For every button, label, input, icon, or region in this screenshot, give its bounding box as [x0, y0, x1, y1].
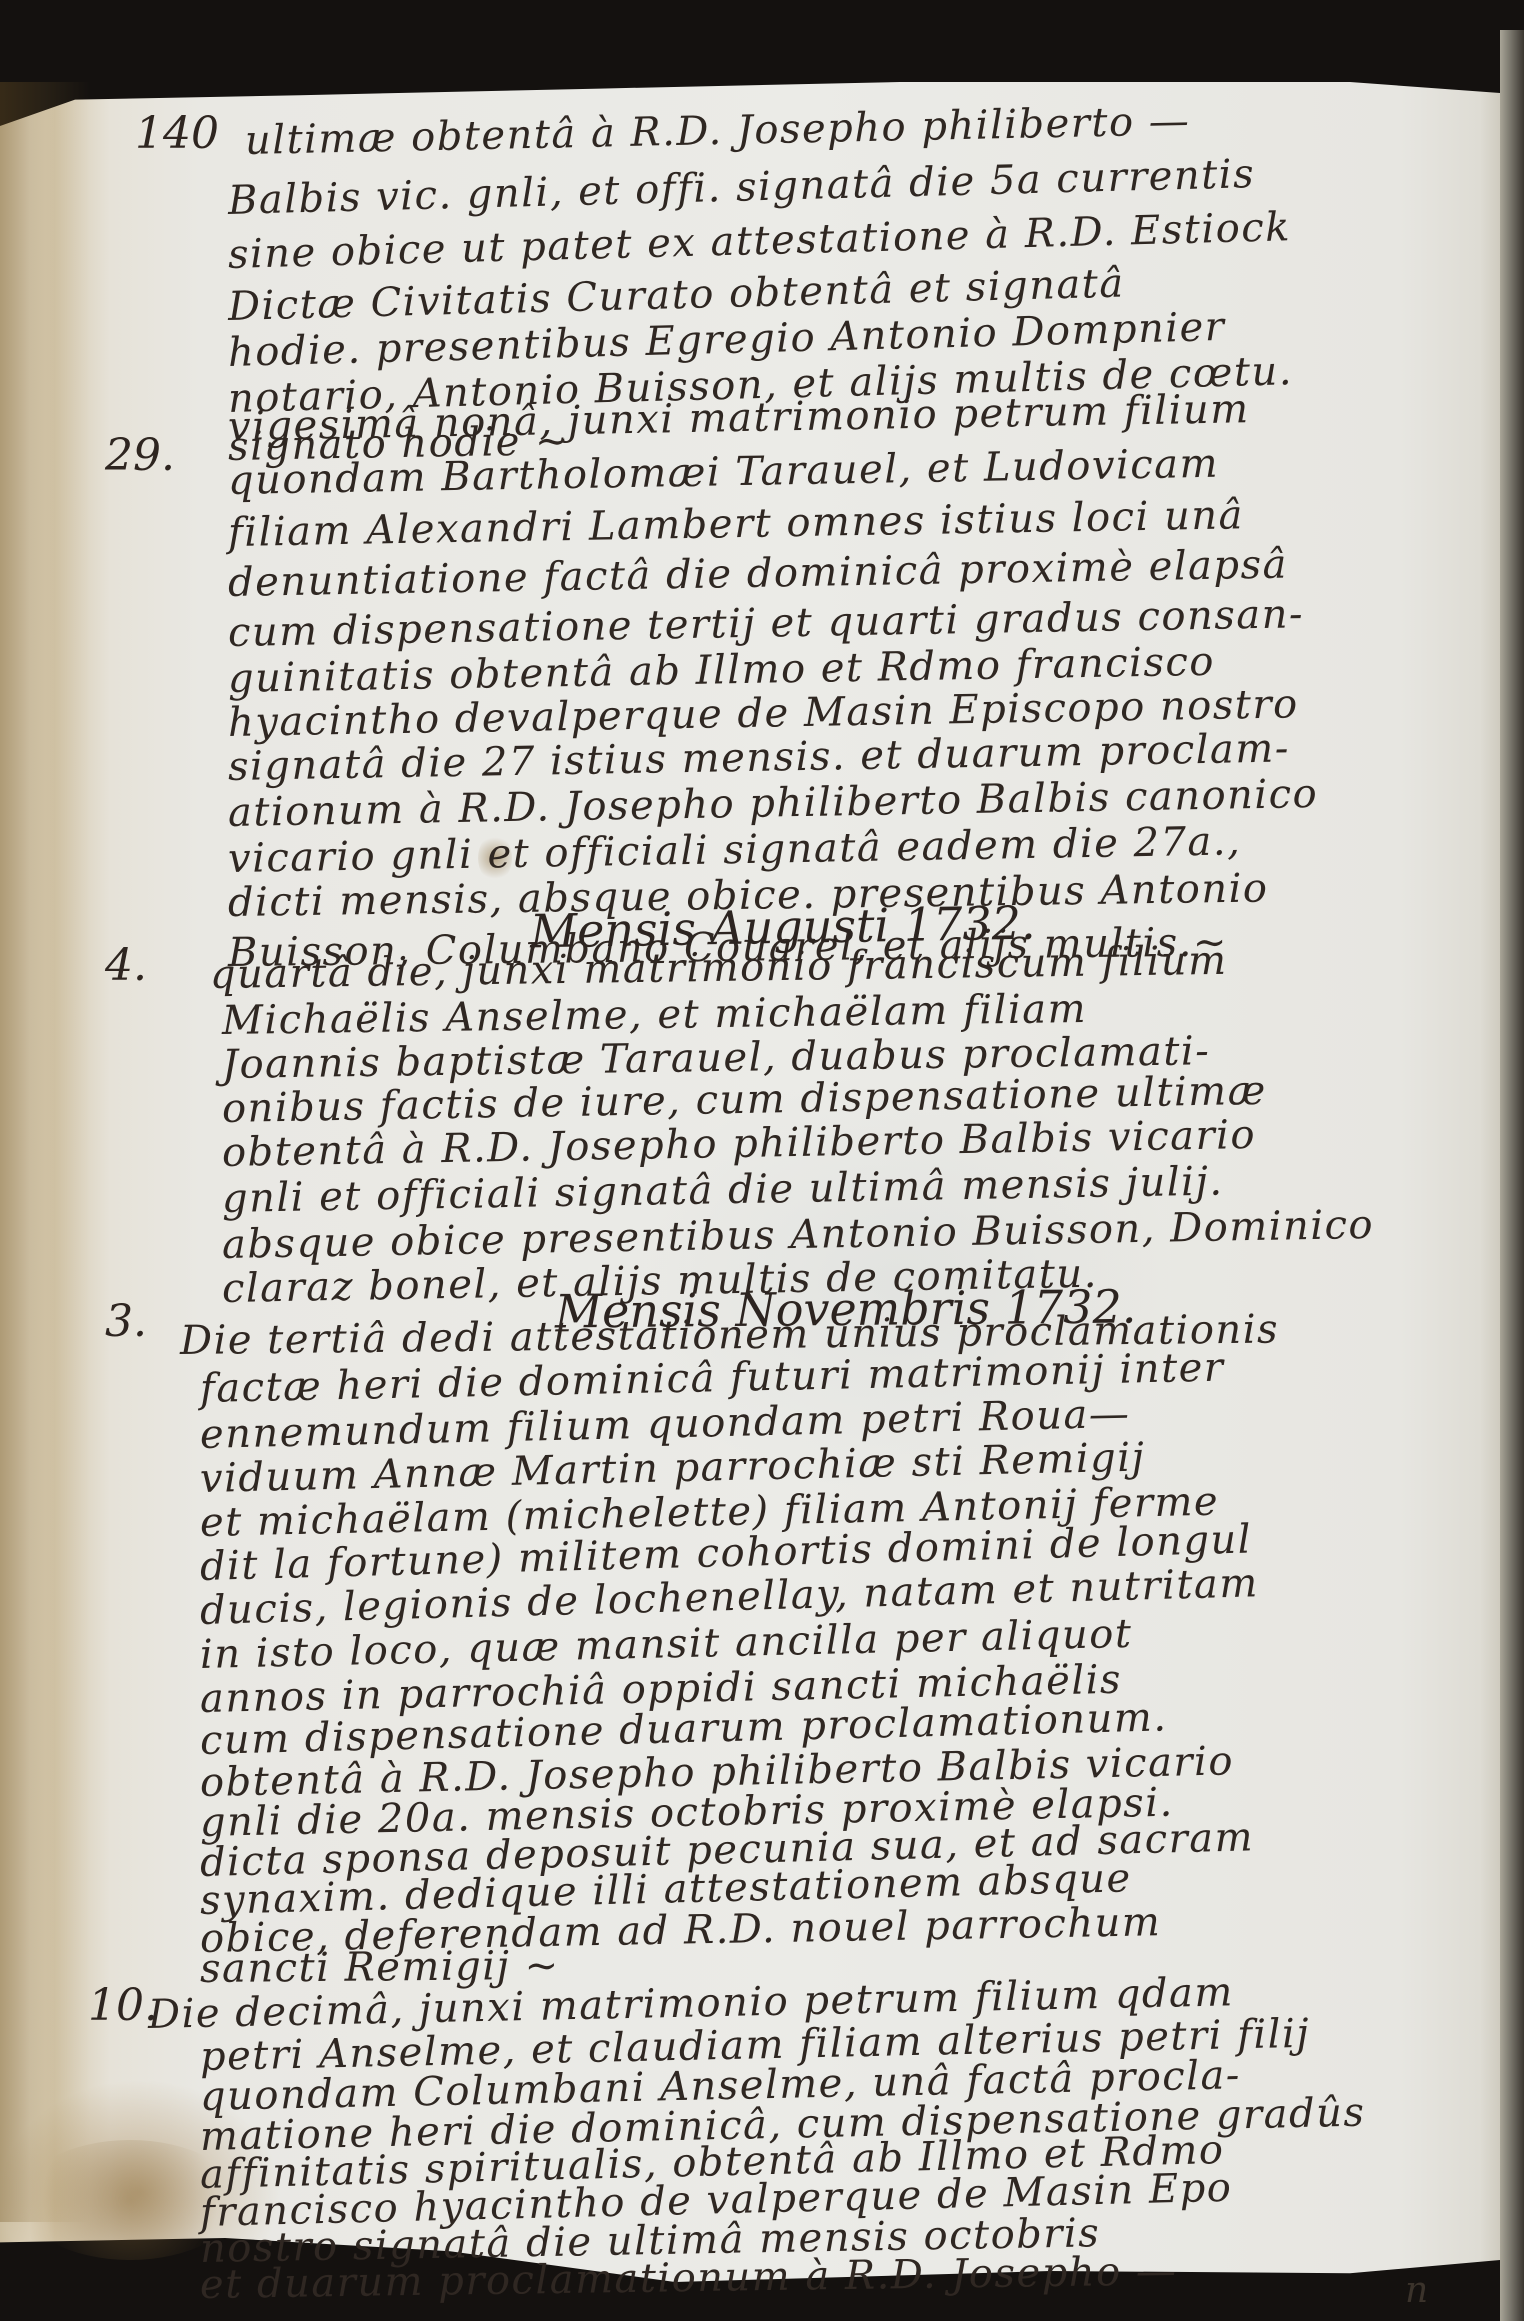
- page-number: 140: [135, 108, 219, 159]
- handwritten-text: 140 ultimæ obtentâ à R.D. Josepho philib…: [0, 0, 1524, 2321]
- manuscript-scan: 140 ultimæ obtentâ à R.D. Josepho philib…: [0, 0, 1524, 2321]
- entry-line: ultimæ obtentâ à R.D. Josepho philiberto…: [245, 98, 1191, 164]
- entry-day-number: 29.: [105, 430, 175, 481]
- entry-day-number: 3.: [105, 1296, 147, 1347]
- catchword-mark: n: [1405, 2270, 1428, 2311]
- entry-day-number: 4.: [105, 940, 147, 991]
